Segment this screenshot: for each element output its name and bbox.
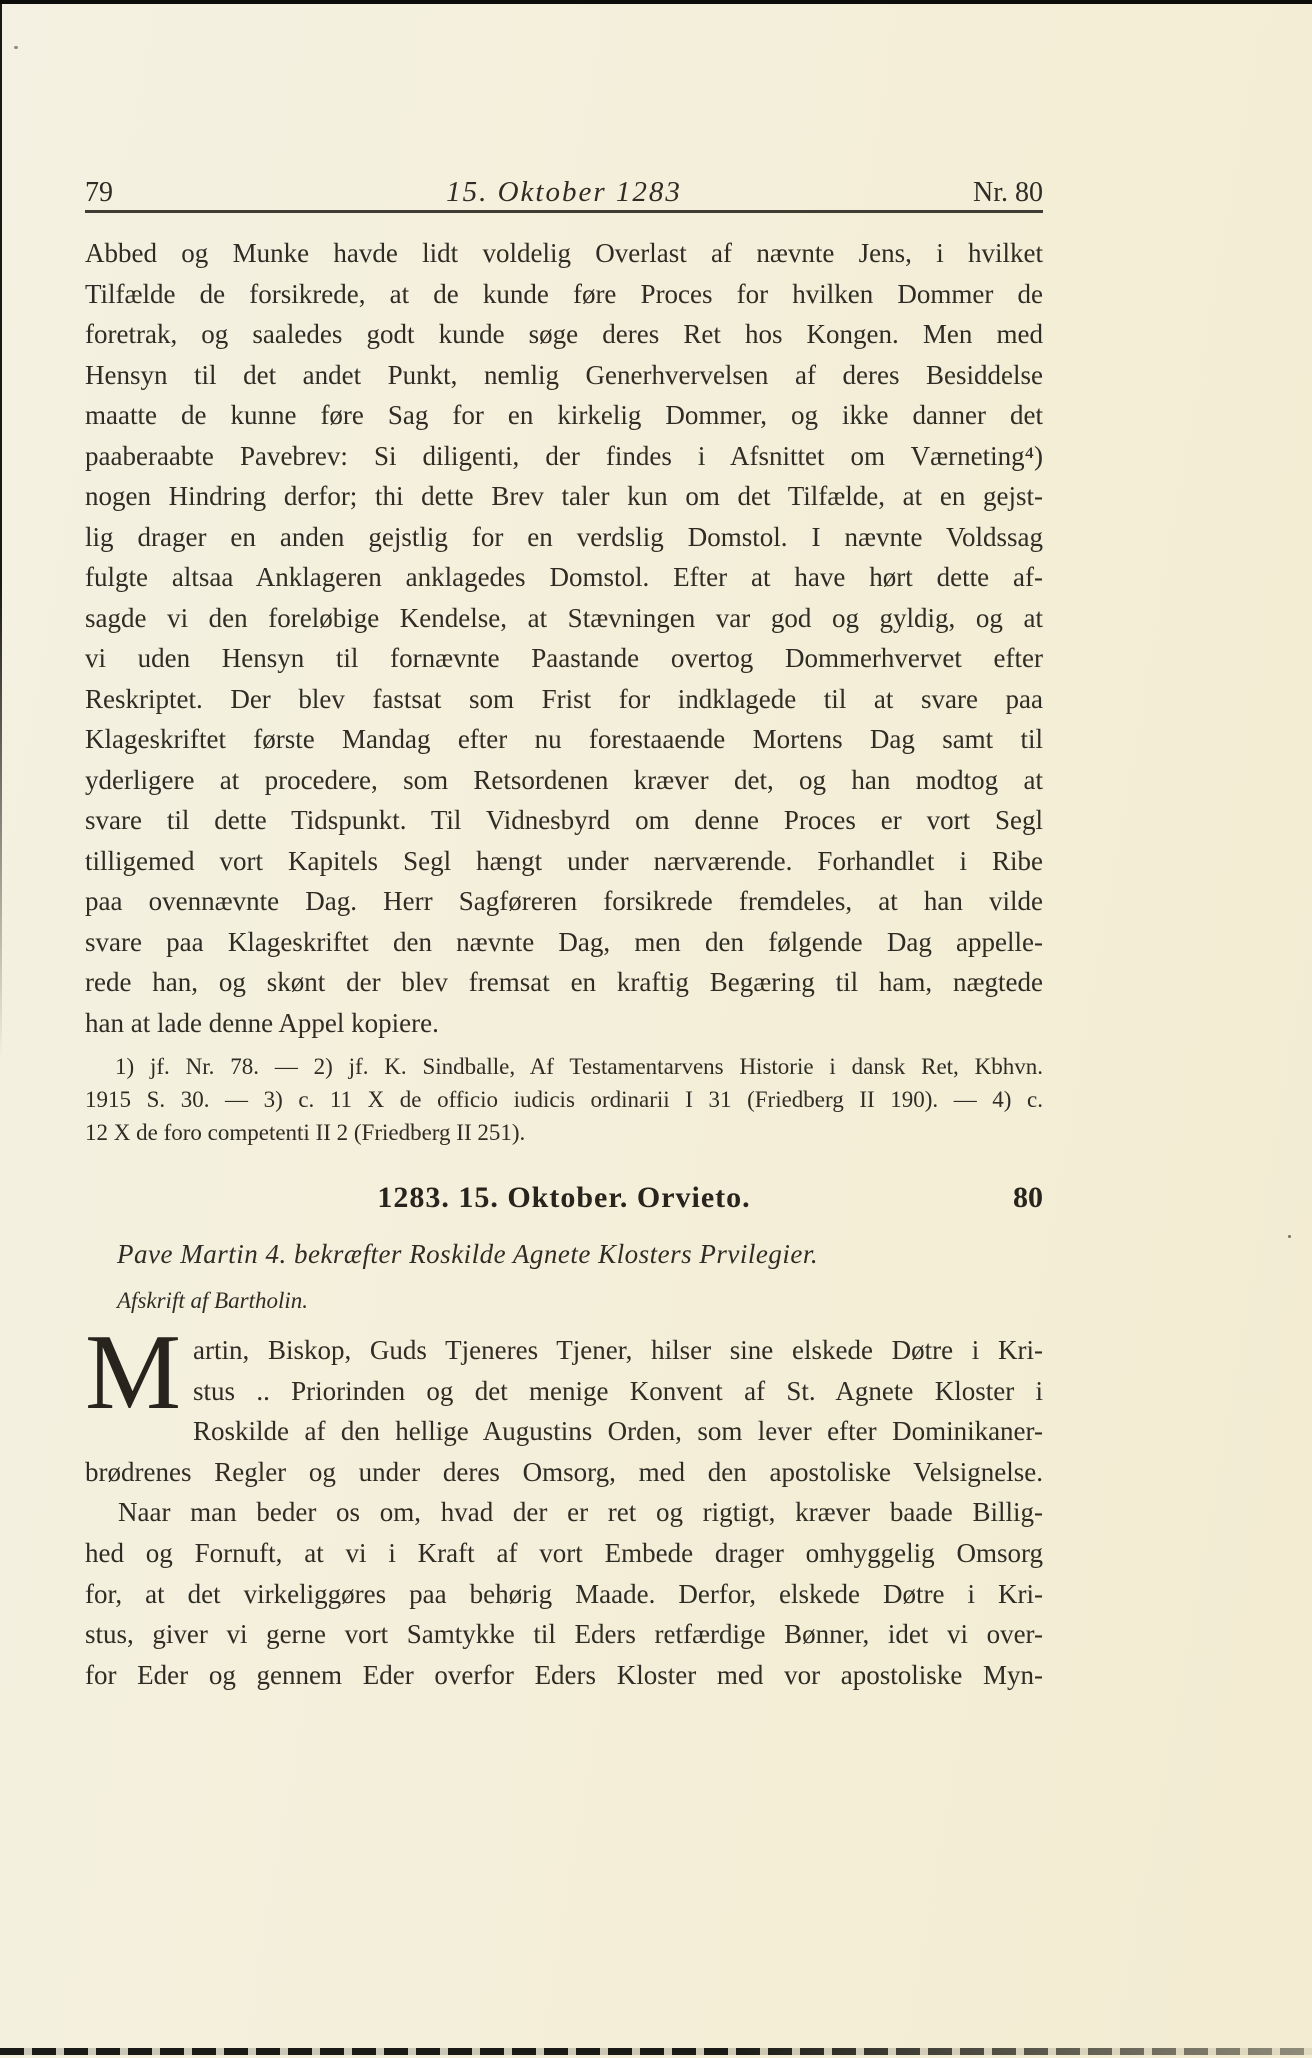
page-content: 79 15. Oktober 1283 Nr. 80 Abbed og Munk… [85,0,1043,2058]
entry-80-source-note: Afskrift af Bartholin. [85,1288,1043,1314]
text-line: vi uden Hensyn til fornævnte Paastande o… [85,638,1043,679]
text-line: Tilfælde de forsikrede, at de kunde føre… [85,274,1043,315]
entry-number-ref: Nr. 80 [903,177,1043,209]
drop-cap: M [85,1332,181,1414]
paper-speck [1288,1235,1291,1238]
page-number: 79 [85,177,225,209]
book-page-scan: 79 15. Oktober 1283 Nr. 80 Abbed og Munk… [0,0,1312,2058]
text-line: Roskilde af den hellige Augustins Orden,… [85,1411,1043,1452]
text-line: foretrak, og saaledes godt kunde søge de… [85,314,1043,355]
entry-80-margin-number: 80 [1013,1181,1043,1215]
footnote-line: 1915 S. 30. — 3) c. 11 X de officio iudi… [85,1083,1043,1116]
text-line: Naar man beder os om, hvad der er ret og… [85,1492,1043,1533]
text-line: Klageskriftet første Mandag efter nu for… [85,719,1043,760]
text-line: paaberaabte Pavebrev: Si diligenti, der … [85,436,1043,477]
text-line: Hensyn til det andet Punkt, nemlig Gener… [85,355,1043,396]
papal-letter-paragraph-2: Naar man beder os om, hvad der er ret og… [85,1492,1043,1695]
text-line: stus .. Priorinden og det menige Konvent… [85,1371,1043,1412]
text-line: hed og Fornuft, at vi i Kraft af vort Em… [85,1533,1043,1574]
header-rule [85,210,1043,213]
text-line: lig drager en anden gejstlig for en verd… [85,517,1043,558]
scan-edge-left [0,0,2,1060]
entry-80-heading: 1283. 15. Oktober. Orvieto. [85,1181,1043,1215]
text-line: fulgte altsaa Anklageren anklagedes Doms… [85,557,1043,598]
text-line: svare paa Klageskriftet den nævnte Dag, … [85,922,1043,963]
entry-80-regest: Pave Martin 4. bekræfter Roskilde Agnete… [85,1239,1043,1270]
papal-letter-text: M artin, Biskop, Guds Tjeneres Tjener, h… [85,1330,1043,1695]
footnote-line: 12 X de foro competenti II 2 (Friedberg … [85,1116,1043,1149]
entry-80-heading-row: 1283. 15. Oktober. Orvieto. 80 [85,1181,1043,1215]
running-date-title: 15. Oktober 1283 [225,176,903,209]
text-line: for Eder og gennem Eder overfor Eders Kl… [85,1655,1043,1696]
text-line: artin, Biskop, Guds Tjeneres Tjener, hil… [85,1330,1043,1371]
text-line: maatte de kunne føre Sag for en kirkelig… [85,395,1043,436]
text-line: tilligemed vort Kapitels Segl hængt unde… [85,841,1043,882]
text-line: Abbed og Munke havde lidt voldelig Overl… [85,233,1043,274]
paper-speck [14,46,18,49]
text-line: yderligere at procedere, som Retsordenen… [85,760,1043,801]
text-line: sagde vi den foreløbige Kendelse, at Stæ… [85,598,1043,639]
papal-letter-paragraph-1: artin, Biskop, Guds Tjeneres Tjener, hil… [85,1330,1043,1492]
text-line: paa ovennævnte Dag. Herr Sagføreren fors… [85,881,1043,922]
footnotes-block: 1) jf. Nr. 78. — 2) jf. K. Sindballe, Af… [85,1050,1043,1149]
text-line: for, at det virkeliggøres paa behørig Ma… [85,1574,1043,1615]
text-line: stus, giver vi gerne vort Samtykke til E… [85,1614,1043,1655]
text-line: brødrenes Regler og under deres Omsorg, … [85,1452,1043,1493]
text-line: rede han, og skønt der blev fremsat en k… [85,962,1043,1003]
text-line: Reskriptet. Der blev fastsat som Frist f… [85,679,1043,720]
entry-79-continuation-paragraph: Abbed og Munke havde lidt voldelig Overl… [85,233,1043,1043]
running-header: 79 15. Oktober 1283 Nr. 80 [85,176,1043,209]
text-line: han at lade denne Appel kopiere. [85,1003,1043,1044]
text-line: svare til dette Tidspunkt. Til Vidnesbyr… [85,800,1043,841]
text-line: nogen Hindring derfor; thi dette Brev ta… [85,476,1043,517]
footnote-line: 1) jf. Nr. 78. — 2) jf. K. Sindballe, Af… [85,1050,1043,1083]
